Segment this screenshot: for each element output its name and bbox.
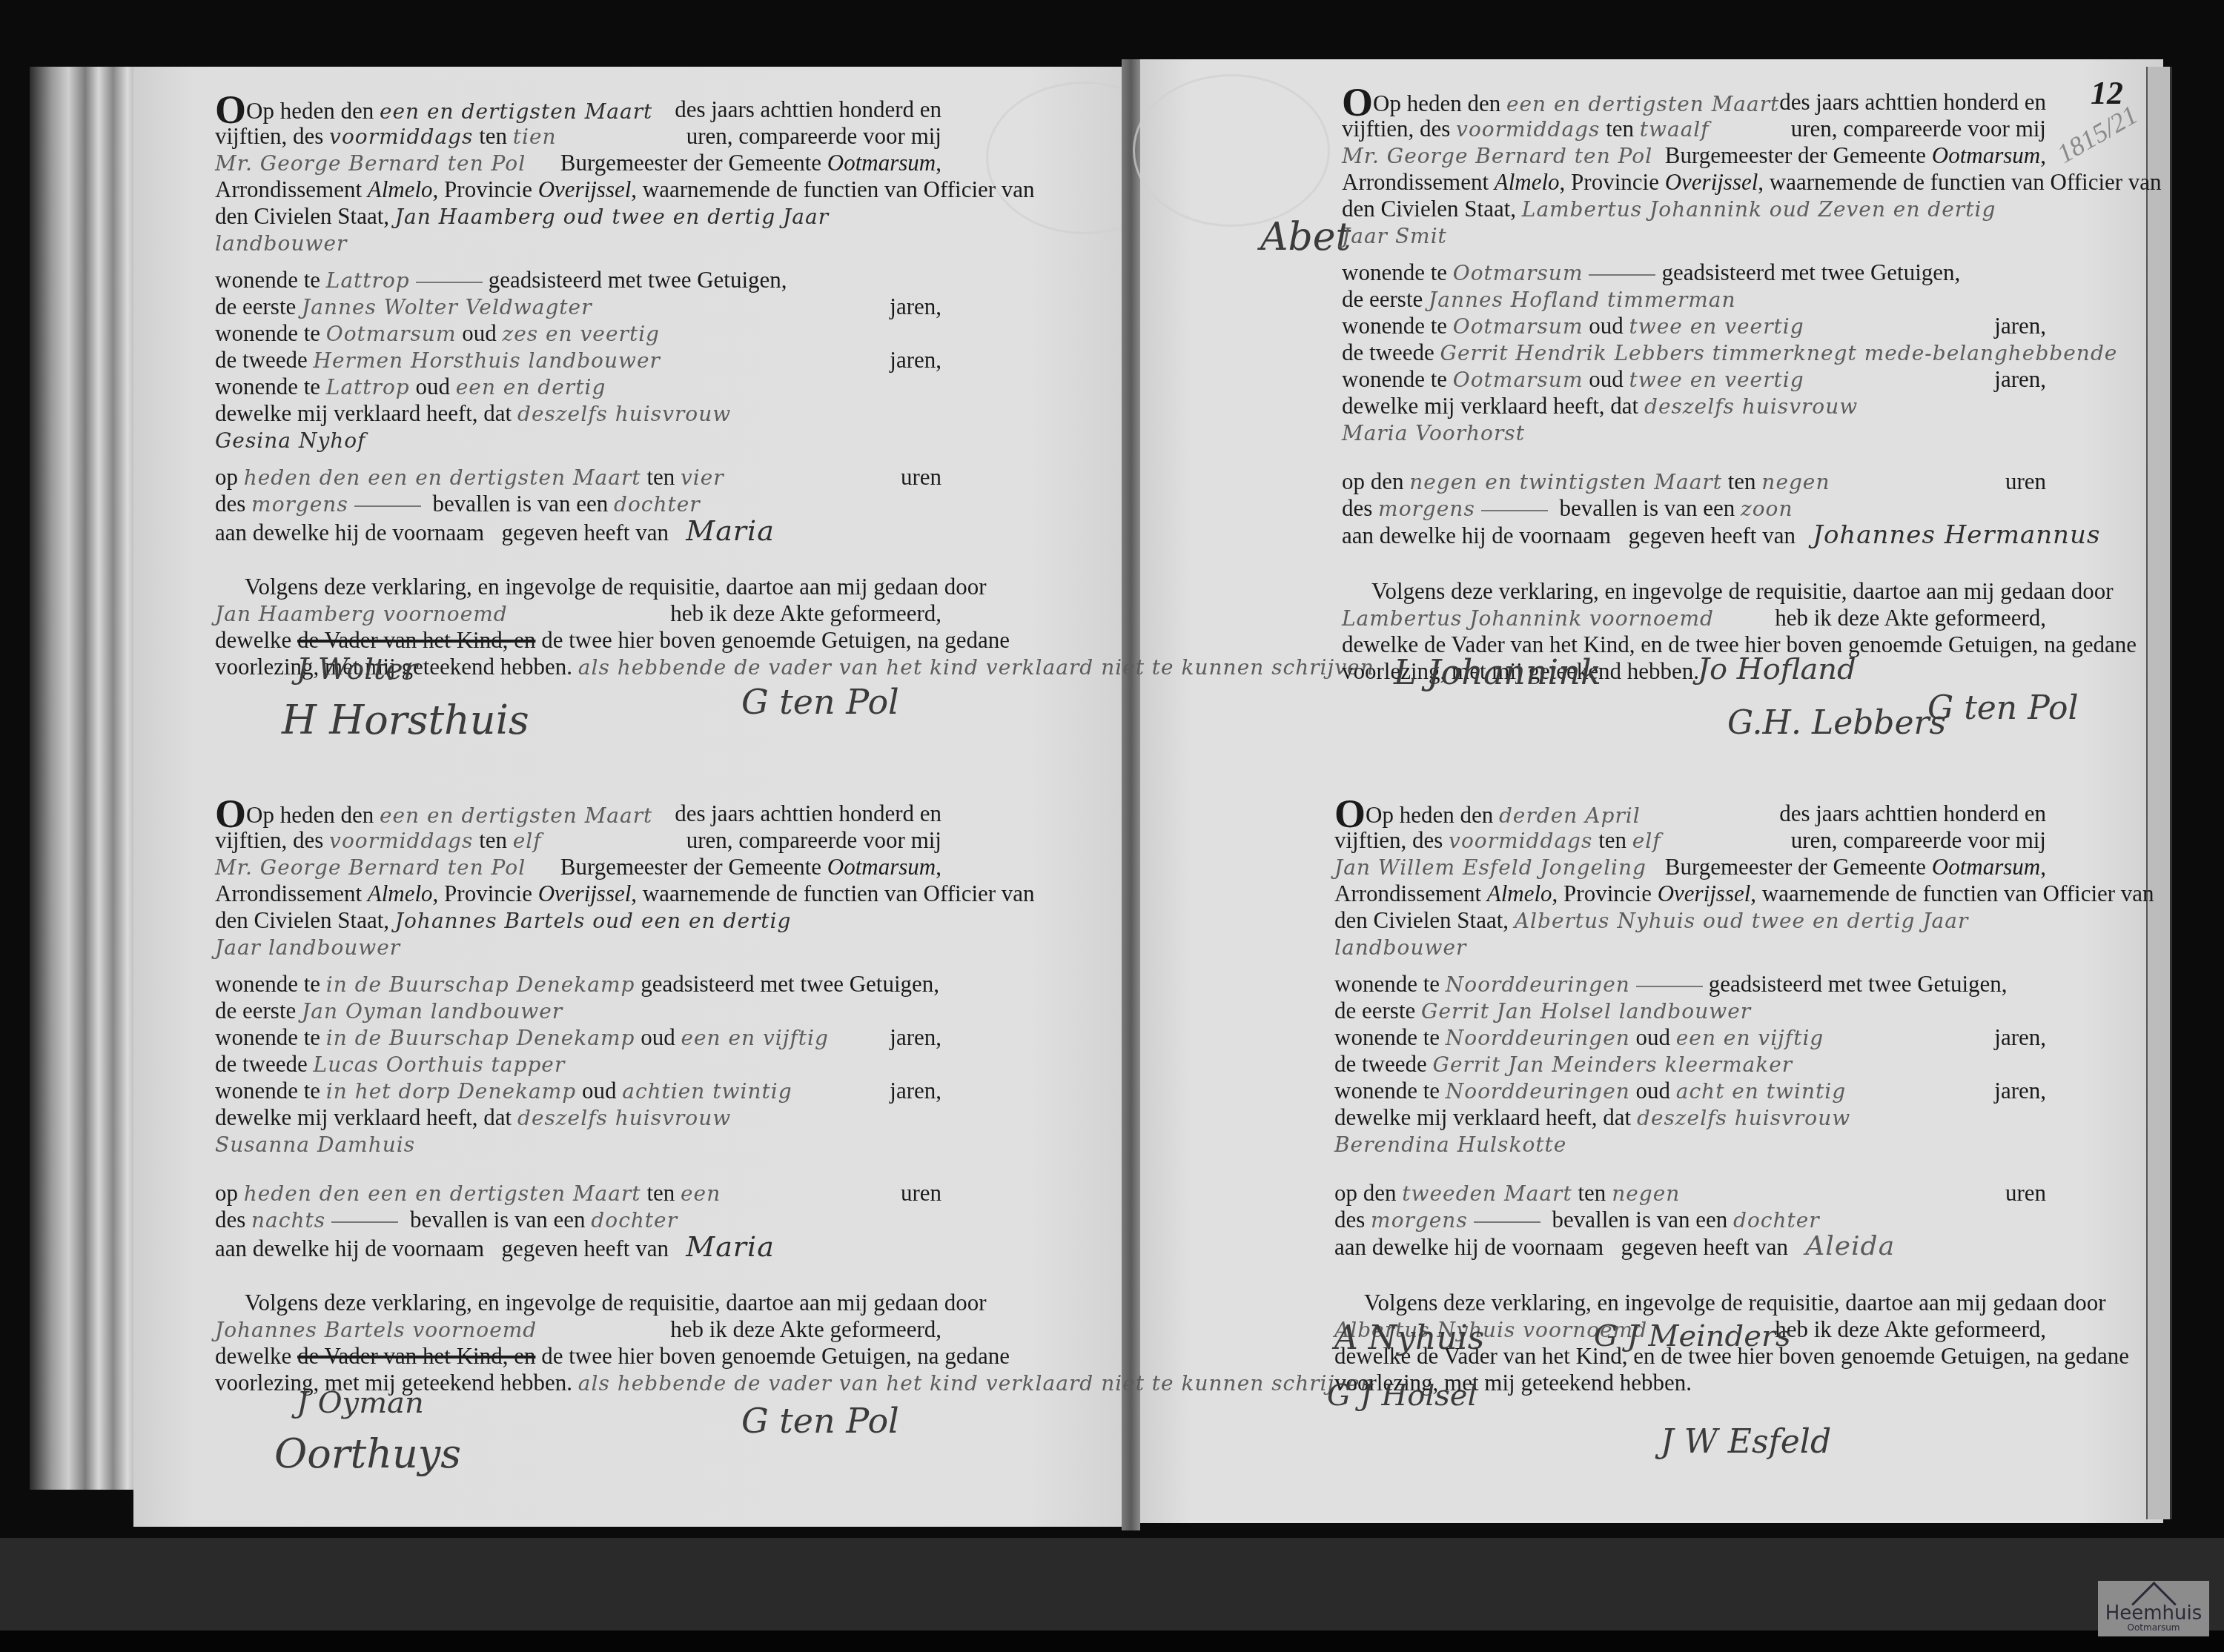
handwritten-residence: in de Buurschap Denekamp — [326, 1026, 635, 1050]
form-text: vijftien, des — [1334, 827, 1443, 853]
form-text: uren — [901, 1180, 941, 1207]
form-text: op den — [1342, 468, 1404, 494]
form-text: dewelke mij verklaard heeft, dat — [215, 400, 512, 426]
form-text: Almelo — [368, 880, 433, 906]
form-text: Ootmarsum — [1932, 854, 2040, 880]
handwritten-age: twee en veertig — [1629, 368, 1804, 392]
form-text: Op heden den — [1366, 802, 1493, 828]
form-text: de tweede — [215, 347, 308, 373]
handwritten-daypart: morgens — [251, 492, 348, 517]
signature: Jo Hofland — [1698, 652, 1856, 686]
handwritten-declarant: Jan Haamberg oud twee en dertig Jaar — [395, 205, 829, 229]
handwritten-hour: elf — [513, 829, 542, 853]
book-gutter — [1122, 59, 1140, 1530]
form-text: gegeven heeft van — [1621, 1234, 1789, 1260]
form-text: , waarnemende de functien van Officier v… — [1750, 880, 2154, 906]
form-text: oud — [1635, 1078, 1670, 1104]
handwritten-child-name: Maria — [686, 514, 775, 547]
form-text: aan dewelke hij de voornaam — [215, 1235, 484, 1261]
form-text: den Civielen Staat, — [215, 907, 389, 933]
form-text: wonende te — [1342, 366, 1447, 392]
form-text: jaren, — [1994, 366, 2046, 393]
signature: J Wolter — [297, 652, 417, 686]
signature: Oorthuys — [274, 1430, 461, 1477]
form-text: Overijssel — [1658, 880, 1751, 906]
handwritten-declarant: Johannes Bartels oud een en dertig — [395, 909, 792, 933]
handwritten-witness: Jannes Hofland timmerman — [1429, 288, 1736, 312]
handwritten-mother: Berendina Hulskotte — [1334, 1132, 1566, 1157]
form-text: Burgemeester der Gemeente — [1665, 142, 1926, 168]
form-text: wonende te — [215, 971, 320, 997]
form-text: dewelke mij verklaard heeft, dat — [215, 1104, 512, 1130]
handwritten-sex: dochter — [614, 492, 701, 517]
form-text: jaren, — [890, 293, 941, 320]
handwritten-residence: Ootmarsum — [326, 322, 457, 346]
handwritten-occupation: Jaar landbouwer — [215, 935, 400, 960]
form-text: ten — [1598, 827, 1626, 853]
signature: G J Meinders — [1594, 1319, 1791, 1353]
handwritten-occupation: landbouwer — [1334, 935, 1466, 960]
handwritten-official: Mr. George Bernard ten Pol — [1342, 144, 1652, 168]
handwritten-daypart: morgens — [1378, 497, 1475, 521]
handwritten-residence: in de Buurschap Denekamp — [326, 972, 635, 997]
handwritten-requester: Lambertus Johannink voornoemd — [1342, 606, 1714, 631]
handwritten-birth-date: heden den een en dertigsten Maart — [244, 1181, 641, 1206]
form-text: des jaars achttien honderd en — [1779, 89, 2046, 116]
form-text: , Provincie — [1552, 880, 1652, 906]
handwritten-sex: dochter — [591, 1208, 678, 1233]
form-text: de tweede — [1342, 339, 1434, 365]
form-text: oud — [582, 1078, 617, 1104]
form-text: bevallen is van een — [1552, 1207, 1728, 1233]
left-page-stack — [30, 67, 141, 1490]
form-text: Burgemeester der Gemeente — [560, 150, 821, 176]
form-text: geadsisteerd met twee Getuigen, — [1709, 971, 2008, 997]
handwritten-text: deszelfs huisvrouw — [517, 402, 731, 426]
form-text: Arrondissement — [1342, 169, 1489, 195]
handwritten-age: acht en twintig — [1676, 1079, 1846, 1104]
signature: J W Esfeld — [1661, 1423, 1831, 1461]
handwritten-age: achtien twintig — [622, 1079, 792, 1104]
birth-record-right-bottom: OOp heden den derden Aprildes jaars acht… — [1334, 800, 2046, 1396]
handwritten-hour: twaalf — [1640, 117, 1710, 142]
form-text: des jaars achttien honderd en — [675, 800, 941, 827]
handwritten-age: een en dertig — [456, 375, 606, 399]
birth-record-left-bottom: OOp heden den een en dertigsten Maartdes… — [215, 800, 941, 1396]
form-text: jaren, — [1994, 1078, 2046, 1104]
form-text: de twee hier boven genoemde Getuigen, na… — [541, 627, 1010, 653]
handwritten-date: een en dertigsten Maart — [380, 803, 652, 828]
handwritten-witness: Lucas Oorthuis tapper — [314, 1052, 566, 1077]
handwritten-daypart: voormiddags — [329, 829, 473, 853]
handwritten-witness: Jan Oyman landbouwer — [302, 999, 563, 1024]
handwritten-daypart: morgens — [1371, 1208, 1468, 1233]
form-text: oud — [1635, 1024, 1670, 1050]
form-text: heb ik deze Akte geformeerd, — [670, 1316, 941, 1343]
signature: A Nyhuis — [1334, 1319, 1484, 1357]
form-text: , waarnemende de functien van Officier v… — [631, 176, 1034, 202]
handwritten-witness: Jannes Wolter Veldwagter — [302, 295, 592, 319]
handwritten-residence: Ootmarsum — [1453, 314, 1583, 339]
form-text: bevallen is van een — [433, 491, 609, 517]
form-text: , waarnemende de functien van Officier v… — [631, 880, 1034, 906]
form-text: de eerste — [215, 293, 296, 319]
signature: H Horsthuis — [282, 697, 529, 743]
form-text: de eerste — [1334, 998, 1415, 1024]
handwritten-declarant: Lambertus Johannink oud Zeven en dertig — [1522, 197, 1996, 222]
form-text: Volgens deze verklaring, en ingevolge de… — [245, 1290, 987, 1316]
form-text: geadsisteerd met twee Getuigen, — [489, 267, 787, 293]
form-text: Op heden den — [1373, 90, 1500, 116]
form-text: Overijssel — [1665, 169, 1758, 195]
handwritten-child-name: Maria — [686, 1230, 775, 1263]
birth-record-right-top: OOp heden den een en dertigsten Maartdes… — [1342, 89, 2046, 685]
form-text: Almelo — [1495, 169, 1560, 195]
form-text: aan dewelke hij de voornaam — [215, 520, 484, 545]
form-text: des — [1342, 495, 1372, 521]
form-text: gegeven heeft van — [502, 520, 669, 545]
form-text: oud — [1589, 366, 1624, 392]
form-text: de tweede — [215, 1051, 308, 1077]
form-text: uren, compareerde voor mij — [1791, 116, 2046, 142]
handwritten-residence: Lattrop — [326, 375, 410, 399]
form-text: , Provincie — [433, 176, 532, 202]
form-text: Arrondissement — [1334, 880, 1481, 906]
handwritten-residence: Lattrop — [326, 268, 410, 293]
right-page-edge — [2146, 67, 2172, 1519]
handwritten-age: zes en veertig — [502, 322, 660, 346]
form-text: Op heden den — [246, 98, 374, 124]
handwritten-witness: Gerrit Jan Meinders kleermaker — [1433, 1052, 1793, 1077]
form-text: des jaars achttien honderd en — [675, 96, 941, 123]
form-text: heb ik deze Akte geformeerd, — [670, 600, 941, 627]
form-text: oud — [1589, 313, 1624, 339]
scan-border — [0, 1631, 2224, 1652]
form-text: jaren, — [1994, 313, 2046, 339]
form-text: Arrondissement — [215, 880, 362, 906]
handwritten-birth-date: tweeden Maart — [1402, 1181, 1572, 1206]
handwritten-witness: Gerrit Jan Holsel landbouwer — [1421, 999, 1751, 1024]
handwritten-birth-hour: een — [681, 1181, 721, 1206]
handwritten-age: twee en veertig — [1629, 314, 1804, 339]
form-text: den Civielen Staat, — [1334, 907, 1509, 933]
form-text: op den — [1334, 1180, 1397, 1206]
form-text: wonende te — [1334, 1024, 1440, 1050]
birth-record-left-top: OOp heden den een en dertigsten Maartdes… — [215, 96, 941, 680]
form-text: Volgens deze verklaring, en ingevolge de… — [245, 574, 987, 600]
form-text: Burgemeester der Gemeente — [560, 854, 821, 880]
signature: J Oyman — [297, 1386, 424, 1420]
form-text: oud — [462, 320, 497, 346]
handwritten-age: een en vijftig — [1676, 1026, 1824, 1050]
form-text: , Provincie — [1560, 169, 1659, 195]
handwritten-mother: Susanna Damhuis — [215, 1132, 415, 1157]
handwritten-residence: in het dorp Denekamp — [326, 1079, 576, 1104]
form-text: Overijssel — [538, 880, 632, 906]
form-text: jaren, — [890, 1078, 941, 1104]
form-text: Ootmarsum — [827, 150, 936, 176]
handwritten-mother: Maria Voorhorst — [1342, 421, 1525, 445]
handwritten-sex: zoon — [1741, 497, 1793, 521]
form-text: wonende te — [215, 1024, 320, 1050]
form-text: geadsisteerd met twee Getuigen, — [1661, 259, 1960, 285]
handwritten-occupation: landbouwer — [215, 231, 347, 256]
form-text: uren — [901, 464, 941, 491]
form-text: den Civielen Staat, — [215, 203, 389, 229]
struck-father-text: de Vader van het Kind, en — [297, 627, 535, 653]
handwritten-date: een en dertigsten Maart — [380, 99, 652, 124]
handwritten-child-name: Johannes Hermannus — [1813, 520, 2100, 550]
handwritten-daypart: voormiddags — [329, 125, 473, 149]
form-text: ten — [479, 123, 507, 149]
margin-note: Abet — [1260, 215, 1351, 259]
form-text: uren — [2005, 468, 2046, 495]
embossed-stamp — [1133, 74, 1330, 227]
form-text: jaren, — [1994, 1024, 2046, 1051]
form-text: de tweede — [1334, 1051, 1427, 1077]
handwritten-note: als hebbende de vader van het kind verkl… — [578, 655, 1374, 680]
handwritten-official: Mr. George Bernard ten Pol — [215, 855, 526, 880]
handwritten-birth-hour: negen — [1612, 1181, 1680, 1206]
form-text: gegeven heeft van — [1629, 523, 1796, 548]
form-text: ten — [479, 827, 507, 853]
form-text: Volgens deze verklaring, en ingevolge de… — [1364, 1290, 2106, 1316]
form-text: Almelo — [368, 176, 433, 202]
handwritten-birth-date: negen en twintigsten Maart — [1409, 470, 1722, 494]
handwritten-residence: Ootmarsum — [1453, 261, 1583, 285]
struck-father-text: de Vader van het Kind, en — [297, 1343, 535, 1369]
form-text: wonende te — [1342, 259, 1447, 285]
form-text: des — [215, 1207, 245, 1233]
form-text: bevallen is van een — [1560, 495, 1735, 521]
form-text: Overijssel — [538, 176, 632, 202]
handwritten-age: een en vijftig — [681, 1026, 829, 1050]
form-text: wonende te — [215, 320, 320, 346]
form-text: geadsisteerd met twee Getuigen, — [641, 971, 939, 997]
form-text: bevallen is van een — [410, 1207, 586, 1233]
handwritten-birth-date: heden den een en dertigsten Maart — [244, 465, 641, 490]
signature: G ten Pol — [741, 1401, 899, 1441]
handwritten-note: als hebbende de vader van het kind verkl… — [578, 1371, 1374, 1396]
handwritten-birth-hour: negen — [1761, 470, 1830, 494]
form-text: des — [215, 491, 245, 517]
handwritten-witness: Hermen Horsthuis landbouwer — [314, 348, 661, 373]
form-text: wonende te — [215, 374, 320, 399]
handwritten-daypart: voormiddags — [1449, 829, 1592, 853]
form-text: dewelke mij verklaard heeft, dat — [1334, 1104, 1631, 1130]
form-text: jaren, — [890, 347, 941, 374]
form-text: , Provincie — [433, 880, 532, 906]
form-text: Almelo — [1487, 880, 1552, 906]
form-text: Ootmarsum — [1932, 142, 2040, 168]
form-text: de twee hier boven genoemde Getuigen, na… — [541, 1343, 1010, 1369]
form-text: uren, compareerde voor mij — [686, 827, 941, 854]
form-text: dewelke — [215, 627, 291, 653]
form-text: , waarnemende de functien van Officier v… — [1758, 169, 2161, 195]
form-text: jaren, — [890, 1024, 941, 1051]
handwritten-hour: elf — [1632, 829, 1661, 853]
handwritten-text: deszelfs huisvrouw — [1637, 1106, 1850, 1130]
handwritten-requester: Johannes Bartels voornoemd — [215, 1318, 537, 1342]
form-text: dewelke mij verklaard heeft, dat — [1342, 393, 1638, 419]
form-text: wonende te — [1334, 1078, 1440, 1104]
handwritten-official: Jan Willem Esfeld Jongeling — [1334, 855, 1647, 880]
form-text: wonende te — [215, 267, 320, 293]
form-text: Arrondissement — [215, 176, 362, 202]
form-text: uren — [2005, 1180, 2046, 1207]
form-text: Volgens deze verklaring, en ingevolge de… — [1371, 578, 2114, 604]
form-text: wonende te — [1342, 313, 1447, 339]
form-text: aan dewelke hij de voornaam — [1334, 1234, 1604, 1260]
form-text: uren, compareerde voor mij — [1791, 827, 2046, 854]
form-text: Burgemeester der Gemeente — [1665, 854, 1926, 880]
signature: G J Holsel — [1327, 1379, 1477, 1413]
form-text: de eerste — [1342, 286, 1423, 312]
handwritten-daypart: nachts — [251, 1208, 325, 1233]
handwritten-child-name: Aleida — [1805, 1231, 1895, 1261]
form-text: dewelke — [215, 1343, 291, 1369]
form-text: Op heden den — [246, 802, 374, 828]
form-text: vijftien, des — [1342, 116, 1450, 142]
form-text: heb ik deze Akte geformeerd, — [1775, 605, 2046, 631]
form-text: vijftien, des — [215, 827, 323, 853]
handwritten-occupation: Jaar Smit — [1342, 224, 1447, 248]
form-text: heb ik deze Akte geformeerd, — [1775, 1316, 2046, 1343]
heemhuis-watermark: Heemhuis Ootmarsum — [2098, 1581, 2209, 1636]
form-text: oud — [641, 1024, 675, 1050]
handwritten-date: een en dertigsten Maart — [1506, 92, 1779, 116]
handwritten-text: deszelfs huisvrouw — [517, 1106, 731, 1130]
handwritten-mother: Gesina Nyhof — [215, 428, 365, 453]
form-text: aan dewelke hij de voornaam — [1342, 523, 1611, 548]
handwritten-residence: Noorddeuringen — [1446, 1079, 1630, 1104]
handwritten-hour: tien — [513, 125, 557, 149]
form-text: vijftien, des — [215, 123, 323, 149]
signature: G ten Pol — [1927, 689, 2079, 727]
form-text: de eerste — [215, 998, 296, 1024]
form-text: gegeven heeft van — [502, 1235, 669, 1261]
handwritten-witness: Gerrit Hendrik Lebbers timmerknegt mede-… — [1440, 341, 2118, 365]
form-text: wonende te — [215, 1078, 320, 1104]
handwritten-declarant: Albertus Nyhuis oud twee en dertig Jaar — [1515, 909, 1969, 933]
form-text: Ootmarsum — [827, 854, 936, 880]
handwritten-birth-hour: vier — [681, 465, 724, 490]
handwritten-daypart: voormiddags — [1456, 117, 1600, 142]
handwritten-date: derden April — [1499, 803, 1641, 828]
form-text: uren, compareerde voor mij — [686, 123, 941, 150]
handwritten-residence: Ootmarsum — [1453, 368, 1583, 392]
form-text: oud — [416, 374, 451, 399]
signature: G ten Pol — [741, 682, 899, 722]
form-text: wonende te — [1334, 971, 1440, 997]
handwritten-residence: Noorddeuringen — [1446, 1026, 1630, 1050]
signature: G.H. Lebbers — [1727, 704, 1946, 742]
handwritten-residence: Noorddeuringen — [1446, 972, 1630, 997]
form-text: des jaars achttien honderd en — [1779, 800, 2046, 827]
handwritten-requester: Jan Haamberg voornoemd — [215, 602, 508, 626]
signature: L Johannink — [1394, 652, 1601, 692]
handwritten-text: deszelfs huisvrouw — [1644, 394, 1858, 419]
form-text: des — [1334, 1207, 1365, 1233]
form-text: den Civielen Staat, — [1342, 196, 1516, 222]
handwritten-official: Mr. George Bernard ten Pol — [215, 151, 526, 176]
handwritten-sex: dochter — [1733, 1208, 1820, 1233]
form-text: ten — [1606, 116, 1634, 142]
